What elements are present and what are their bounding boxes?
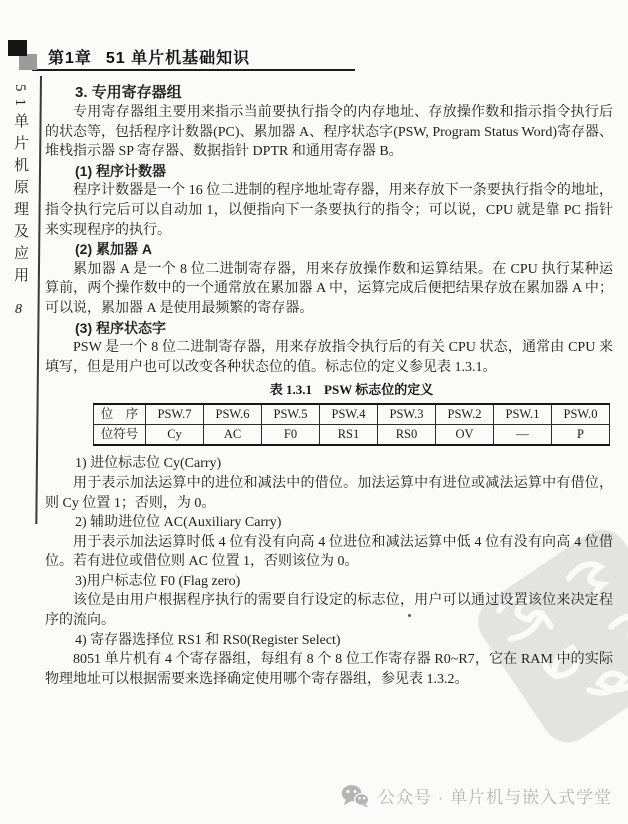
table-cell: PSW.2	[436, 404, 494, 425]
paragraph-psw: PSW 是一个 8 位二进制寄存器，用来存放指令执行后的有关 CPU 状态，通常…	[45, 338, 613, 377]
table-cell: F0	[262, 425, 320, 446]
table-cell: Cy	[146, 425, 204, 446]
table-row-bit-symbol: 位符号 Cy AC F0 RS1 RS0 OV — P	[94, 425, 610, 446]
table-cell: RS0	[378, 425, 436, 446]
chapter-header: 第1章51 单片机基础知识	[48, 45, 250, 68]
paragraph-intro: 专用寄存器组主要用来指示当前要执行指令的内存地址、存放操作数和指示指令执行后的状…	[45, 103, 613, 162]
paragraph-rs: 8051 单片机有 4 个寄存器组，每组有 8 个 8 位工作寄存器 R0~R7…	[45, 650, 613, 689]
wechat-icon	[341, 784, 369, 808]
footer-watermark-text: 公众号 · 单片机与嵌入式学堂	[378, 783, 612, 808]
table-cell: —	[494, 425, 552, 446]
table-cell: PSW.5	[262, 404, 320, 425]
header-black-square-decoration	[8, 40, 27, 56]
table-cell: P	[552, 425, 610, 446]
table-caption-number: 表 1.3.1	[270, 382, 312, 397]
table-caption-title: PSW 标志位的定义	[324, 382, 433, 397]
flag-item-f0: 3)用户标志位 F0 (Flag zero)	[45, 572, 613, 592]
subheading-accumulator: (2) 累加器 A	[45, 240, 613, 260]
sidebar-book-title: 51单片机原理及应用	[10, 84, 31, 289]
flag-item-cy: 1) 进位标志位 Cy(Carry)	[45, 454, 613, 474]
chapter-number: 第1章	[48, 50, 92, 67]
table-cell: PSW.0	[552, 404, 610, 425]
subheading-program-counter: (1) 程序计数器	[45, 162, 613, 182]
paragraph-cy: 用于表示加法运算中的进位和减法中的借位。加法运算中有进位或减法运算中有借位，则 …	[45, 474, 613, 513]
subheading-psw: (3) 程序状态字	[45, 319, 613, 339]
scanned-book-page: 第1章51 单片机基础知识 51单片机原理及应用 8 PDG 3. 专用寄存器组…	[0, 0, 628, 824]
paragraph-f0: 该位是由用户根据程序执行的需要自行设定的标志位，用户可以通过设置该位来决定程序的…	[45, 591, 613, 630]
main-content: 3. 专用寄存器组 专用寄存器组主要用来指示当前要执行指令的内存地址、存放操作数…	[45, 82, 613, 689]
paragraph-ac: 用于表示加法运算时低 4 位有没有向高 4 位进位和减法运算中低 4 位有没有向…	[45, 533, 613, 572]
table-caption: 表 1.3.1PSW 标志位的定义	[93, 382, 610, 398]
table-cell: PSW.1	[494, 404, 552, 425]
paragraph-accumulator: 累加器 A 是一个 8 位二进制寄存器，用来存放操作数和运算结果。在 CPU 执…	[45, 260, 613, 319]
table-row-bit-order: 位 序 PSW.7 PSW.6 PSW.5 PSW.4 PSW.3 PSW.2 …	[94, 404, 610, 425]
table-cell: PSW.3	[378, 404, 436, 425]
flag-item-ac: 2) 辅助进位位 AC(Auxiliary Carry)	[45, 513, 613, 533]
paragraph-program-counter: 程序计数器是一个 16 位二进制的程序地址寄存器，用来存放下一条要执行指令的地址…	[45, 181, 613, 240]
table-cell: PSW.6	[204, 404, 262, 425]
flag-item-rs: 4) 寄存器选择位 RS1 和 RS0(Register Select)	[45, 631, 613, 651]
page-number: 8	[15, 302, 22, 318]
footer-watermark: 公众号 · 单片机与嵌入式学堂	[341, 783, 612, 808]
header-gray-square-decoration	[19, 54, 37, 70]
table-cell: PSW.4	[320, 404, 378, 425]
table-cell: 位 序	[94, 404, 146, 425]
section-heading: 3. 专用寄存器组	[45, 82, 613, 103]
psw-table-block: 表 1.3.1PSW 标志位的定义 位 序 PSW.7 PSW.6 PSW.5 …	[93, 382, 610, 446]
table-cell: RS1	[320, 425, 378, 446]
table-cell: AC	[204, 425, 262, 446]
table-cell: PSW.7	[146, 404, 204, 425]
table-cell: 位符号	[94, 425, 146, 446]
table-cell: OV	[436, 425, 494, 446]
chapter-title: 51 单片机基础知识	[106, 50, 250, 67]
sidebar-rule	[35, 76, 41, 524]
header-rule	[32, 69, 355, 71]
psw-flag-table: 位 序 PSW.7 PSW.6 PSW.5 PSW.4 PSW.3 PSW.2 …	[93, 403, 610, 446]
